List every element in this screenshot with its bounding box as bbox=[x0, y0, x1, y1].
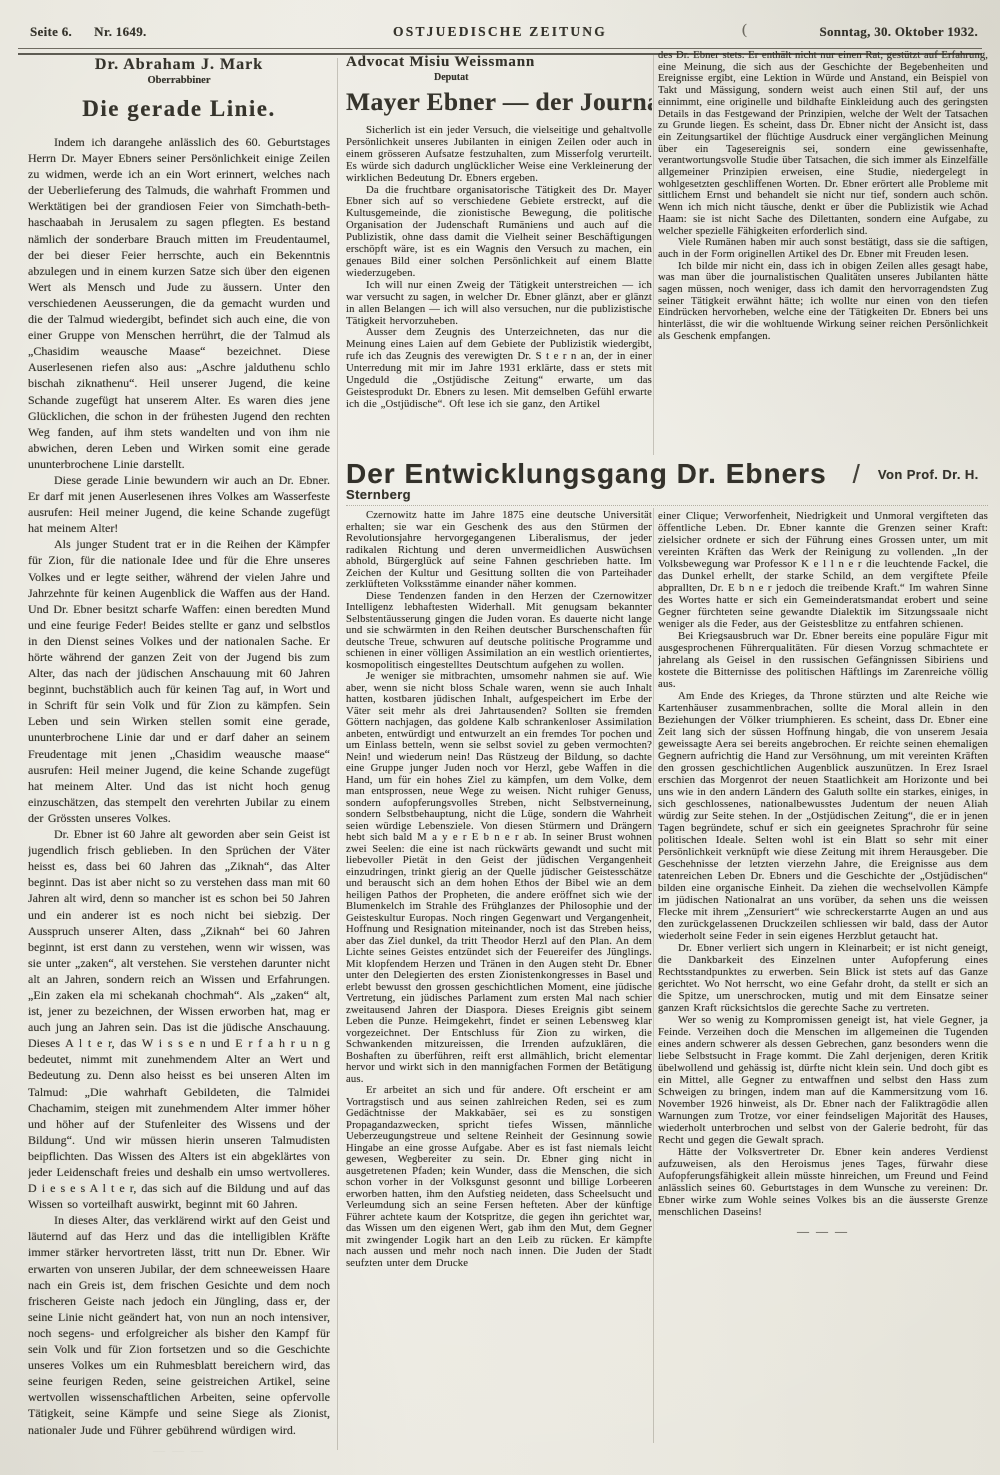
paragraph: Sicherlich ist ein jeder Versuch, die vi… bbox=[346, 125, 652, 185]
paragraph: Da die fruchtbare organisatorische Tätig… bbox=[346, 185, 652, 280]
paragraph: Diese Tendenzen fanden in den Herzen der… bbox=[346, 591, 652, 672]
author-name: Dr. Abraham J. Mark bbox=[28, 56, 330, 74]
newspaper-title: OSTJUEDISCHE ZEITUNG bbox=[393, 24, 607, 40]
article-entwicklungsgang-headline: Der Entwicklungsgang Dr. Ebners/Von Prof… bbox=[346, 458, 988, 506]
paragraph: Viele Rumänen haben mir auch sonst bestä… bbox=[658, 237, 988, 260]
column-rule-middle-top bbox=[653, 55, 654, 455]
masthead-left: Seite 6.Nr. 1649. bbox=[30, 24, 147, 40]
paragraph: Hätte der Volksvertreter Dr. Ebner kein … bbox=[658, 1146, 988, 1218]
paragraph: Dr. Ebner verliert sich ungern in Kleina… bbox=[658, 942, 988, 1014]
paragraph: Als junger Student trat er in die Reihen… bbox=[28, 536, 330, 826]
article-mayer-ebner-journalist: Advocat Misiu Weissmann Deputat Mayer Eb… bbox=[346, 54, 652, 466]
author-role: Oberrabbiner bbox=[28, 75, 330, 86]
paragraph: Diese gerade Linie bewundern wir auch an… bbox=[28, 472, 330, 536]
article-title: Mayer Ebner — der Journalist. bbox=[346, 87, 652, 117]
paragraph: In dieses Alter, das verklärend wirkt au… bbox=[28, 1212, 330, 1437]
author-role: Deputat bbox=[434, 72, 652, 83]
author-name: Advocat Misiu Weissmann bbox=[346, 54, 652, 71]
headline-title: Der Entwicklungsgang Dr. Ebners bbox=[346, 458, 827, 489]
paragraph: Bei Kriegsausbruch war Dr. Ebner bereits… bbox=[658, 630, 988, 690]
paragraph: Je weniger sie mitbrachten, umsomehr nah… bbox=[346, 671, 652, 1085]
paragraph: einer Clique; Verworfenheit, Niedrigkeit… bbox=[658, 510, 988, 630]
scan-artifact: ( bbox=[742, 22, 747, 39]
paragraph: Ich bilde mir nicht ein, dass ich in obi… bbox=[658, 261, 988, 343]
paragraph: Ich will nur einen Zweig der Tätigkeit u… bbox=[346, 280, 652, 328]
article-title: Die gerade Linie. bbox=[28, 96, 330, 122]
end-mark: — — — bbox=[28, 1444, 330, 1452]
paragraph: Am Ende des Krieges, da Throne stürzten … bbox=[658, 690, 988, 942]
paragraph: des Dr. Ebner stets. Er enthält nicht nu… bbox=[658, 50, 988, 237]
paragraph: Ausser dem Zeugnis des Unterzeichneten, … bbox=[346, 327, 652, 410]
article-mayer-ebner-continuation: des Dr. Ebner stets. Er enthält nicht nu… bbox=[658, 50, 988, 462]
edition-date: Sonntag, 30. Oktober 1932. bbox=[819, 24, 978, 40]
column-rule-left bbox=[337, 58, 338, 1450]
paragraph: Er arbeitet an sich und für andere. Oft … bbox=[346, 1085, 652, 1269]
entwicklungsgang-column-2: einer Clique; Verworfenheit, Niedrigkeit… bbox=[658, 510, 988, 1468]
headline-slash: / bbox=[853, 459, 860, 489]
page-number: Seite 6. bbox=[30, 24, 72, 39]
paragraph: Czernowitz hatte im Jahre 1875 eine deut… bbox=[346, 510, 652, 591]
end-mark: — — — bbox=[658, 1224, 988, 1239]
entwicklungsgang-column-1: Czernowitz hatte im Jahre 1875 eine deut… bbox=[346, 510, 652, 1468]
paragraph: Indem ich darangehe anlässlich des 60. G… bbox=[28, 134, 330, 472]
paragraph: Dr. Ebner ist 60 Jahre alt geworden aber… bbox=[28, 826, 330, 1212]
masthead: Seite 6.Nr. 1649. OSTJUEDISCHE ZEITUNG (… bbox=[0, 24, 1000, 44]
column-rule-middle-bottom bbox=[653, 508, 654, 1443]
issue-number: Nr. 1649. bbox=[94, 24, 146, 39]
newspaper-page: Seite 6.Nr. 1649. OSTJUEDISCHE ZEITUNG (… bbox=[0, 0, 1000, 1475]
article-die-gerade-linie: Dr. Abraham J. Mark Oberrabbiner Die ger… bbox=[28, 56, 330, 1452]
paragraph: Wer so wenig zu Kompromissen geneigt ist… bbox=[658, 1014, 988, 1146]
